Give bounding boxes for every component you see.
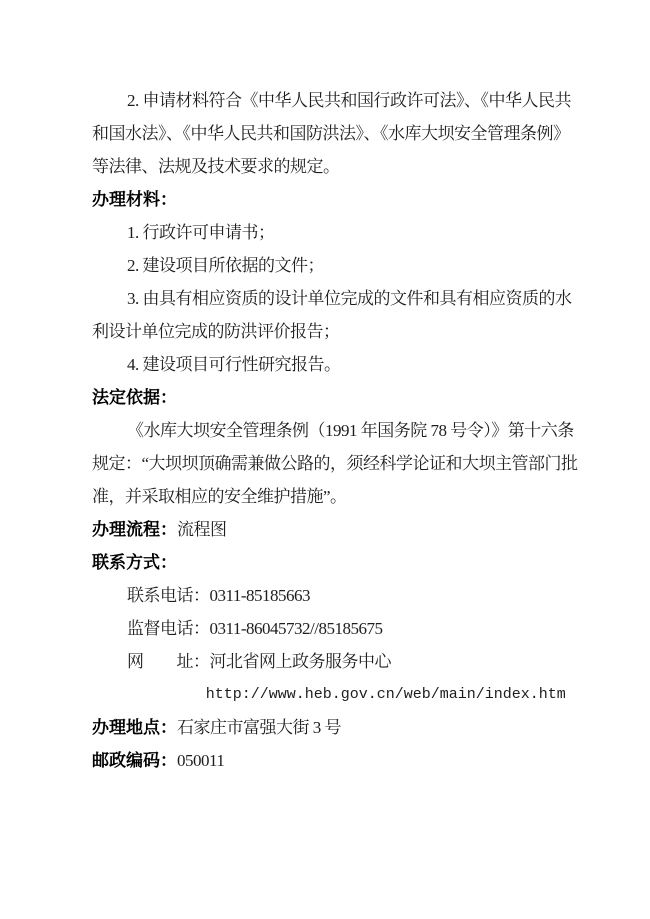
- line-text: http://www.heb.gov.cn/web/main/index.htm: [206, 686, 566, 703]
- text-line: 网 址：河北省网上政务服务中心: [92, 645, 555, 678]
- line-text: 利设计单位完成的防洪评价报告；: [92, 322, 340, 341]
- text-line: 监督电话：0311-86045732//85185675: [92, 612, 555, 645]
- line-text: 4. 建设项目可行性研究报告。: [127, 355, 341, 374]
- line-text: 联系电话：0311-85185663: [127, 586, 310, 605]
- text-line: 和国水法》、《中华人民共和国防洪法》、《水库大坝安全管理条例》: [92, 117, 555, 150]
- line-text: 等法律、法规及技术要求的规定。: [92, 157, 340, 176]
- text-line: 3. 由具有相应资质的设计单位完成的文件和具有相应资质的水: [92, 282, 555, 315]
- section-label: 邮政编码：: [92, 751, 177, 770]
- line-text: 准，并采取相应的安全维护措施”。: [92, 487, 347, 506]
- text-line: http://www.heb.gov.cn/web/main/index.htm: [92, 678, 555, 711]
- section-heading-line: 法定依据：: [92, 381, 555, 414]
- line-text: 3. 由具有相应资质的设计单位完成的文件和具有相应资质的水: [127, 289, 572, 308]
- line-text: 1. 行政许可申请书；: [127, 223, 275, 242]
- section-label: 办理材料：: [92, 190, 177, 209]
- section-label: 法定依据：: [92, 388, 177, 407]
- text-line: 联系电话：0311-85185663: [92, 579, 555, 612]
- line-text: 050011: [177, 751, 224, 770]
- line-text: 2. 建设项目所依据的文件；: [127, 256, 324, 275]
- text-line: 4. 建设项目可行性研究报告。: [92, 348, 555, 381]
- text-line: 1. 行政许可申请书；: [92, 216, 555, 249]
- line-text: 网 址：河北省网上政务服务中心: [127, 652, 391, 671]
- text-line: 《水库大坝安全管理条例（1991 年国务院 78 号令）》第十六条: [92, 414, 555, 447]
- section-heading-line: 办理地点：石家庄市富强大街 3 号: [92, 711, 555, 744]
- section-heading-line: 邮政编码：050011: [92, 744, 555, 777]
- text-line: 2. 建设项目所依据的文件；: [92, 249, 555, 282]
- section-heading-line: 联系方式：: [92, 546, 555, 579]
- section-heading-line: 办理材料：: [92, 183, 555, 216]
- line-text: 规定：“大坝坝顶确需兼做公路的，须经科学论证和大坝主管部门批: [92, 454, 578, 473]
- line-text: 和国水法》、《中华人民共和国防洪法》、《水库大坝安全管理条例》: [92, 124, 570, 143]
- document-body: 2. 申请材料符合《中华人民共和国行政许可法》、《中华人民共和国水法》、《中华人…: [92, 84, 555, 777]
- text-line: 等法律、法规及技术要求的规定。: [92, 150, 555, 183]
- text-line: 准，并采取相应的安全维护措施”。: [92, 480, 555, 513]
- text-line: 利设计单位完成的防洪评价报告；: [92, 315, 555, 348]
- line-text: 2. 申请材料符合《中华人民共和国行政许可法》、《中华人民共: [127, 91, 571, 110]
- document-page: 2. 申请材料符合《中华人民共和国行政许可法》、《中华人民共和国水法》、《中华人…: [0, 0, 650, 919]
- text-line: 2. 申请材料符合《中华人民共和国行政许可法》、《中华人民共: [92, 84, 555, 117]
- line-text: 石家庄市富强大街 3 号: [177, 718, 341, 737]
- line-text: 监督电话：0311-86045732//85185675: [127, 619, 382, 638]
- section-heading-line: 办理流程：流程图: [92, 513, 555, 546]
- section-label: 办理流程：: [92, 520, 177, 539]
- line-text: 流程图: [177, 520, 227, 539]
- section-label: 办理地点：: [92, 718, 177, 737]
- line-text: 《水库大坝安全管理条例（1991 年国务院 78 号令）》第十六条: [127, 421, 574, 440]
- text-line: 规定：“大坝坝顶确需兼做公路的，须经科学论证和大坝主管部门批: [92, 447, 555, 480]
- section-label: 联系方式：: [92, 553, 177, 572]
